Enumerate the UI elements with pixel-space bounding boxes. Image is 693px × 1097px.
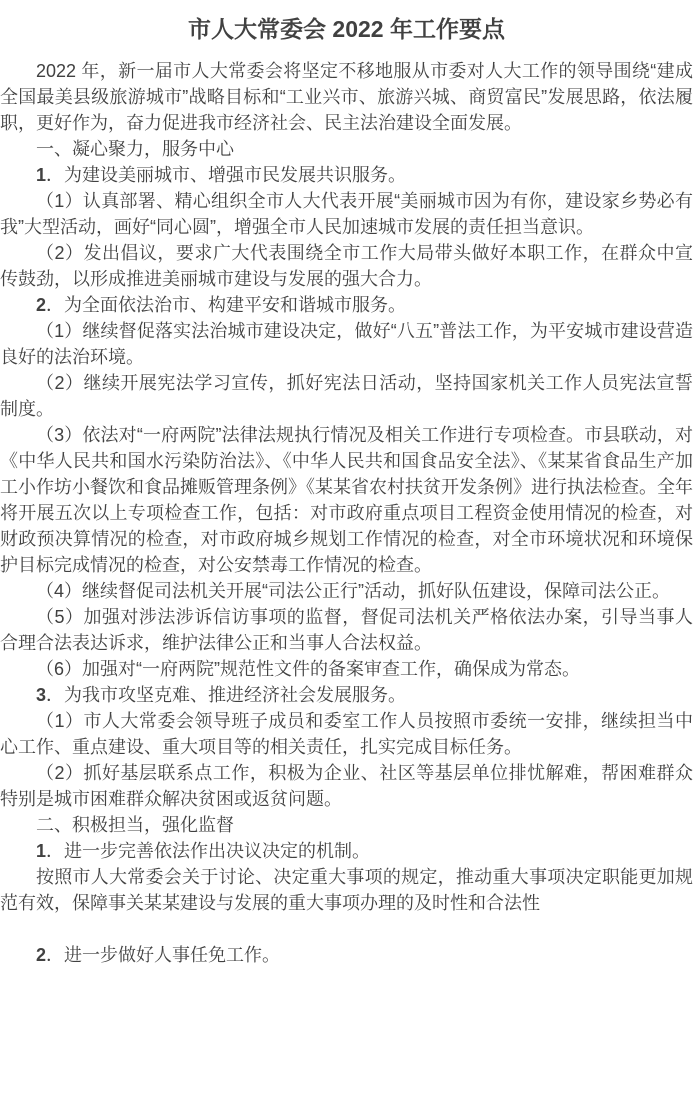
item-number: 2 (36, 945, 46, 965)
document-page: 市人大常委会 2022 年工作要点 2022 年，新一届市人大常委会将坚定不移地… (0, 0, 693, 1097)
sub-item: （2）抓好基层联系点工作，积极为企业、社区等基层单位排忧解难，帮困难群众特别是城… (0, 760, 693, 812)
sub-item: （1）市人大常委会领导班子成员和委室工作人员按照市委统一安排，继续担当中心工作、… (0, 708, 693, 760)
sub-item: （6）加强对“一府两院”规范性文件的备案审查工作，确保成为常态。 (0, 656, 693, 682)
numbered-item: 3．为我市攻坚克难、推进经济社会发展服务。 (0, 682, 693, 708)
item-text: ．为我市攻坚克难、推进经济社会发展服务。 (46, 685, 406, 705)
sub-item: （5）加强对涉法涉诉信访事项的监督，督促司法机关严格依法办案，引导当事人合理合法… (0, 604, 693, 656)
numbered-item: 1．为建设美丽城市、增强市民发展共识服务。 (0, 162, 693, 188)
item-number: 1 (36, 841, 46, 861)
item-text: ．进一步完善依法作出决议决定的机制。 (46, 841, 370, 861)
section-heading: 二、积极担当，强化监督 (0, 812, 693, 838)
sub-item: （3）依法对“一府两院”法律法规执行情况及相关工作进行专项检查。市县联动，对《中… (0, 422, 693, 578)
item-text: ．为建设美丽城市、增强市民发展共识服务。 (46, 165, 406, 185)
document-title: 市人大常委会 2022 年工作要点 (0, 14, 693, 44)
numbered-item: 1．进一步完善依法作出决议决定的机制。 (0, 838, 693, 864)
item-number: 1 (36, 165, 46, 185)
item-number: 2 (36, 295, 46, 315)
numbered-item: 2．为全面依法治市、构建平安和谐城市服务。 (0, 292, 693, 318)
sub-item: （1）继续督促落实法治城市建设决定，做好“八五”普法工作，为平安城市建设营造良好… (0, 318, 693, 370)
section-heading: 一、凝心聚力，服务中心 (0, 136, 693, 162)
item-number: 3 (36, 685, 46, 705)
body-paragraph: 按照市人大常委会关于讨论、决定重大事项的规定，推动重大事项决定职能更加规范有效，… (0, 864, 693, 916)
item-text: ．为全面依法治市、构建平安和谐城市服务。 (46, 295, 406, 315)
numbered-item: 2．进一步做好人事任免工作。 (0, 942, 693, 968)
intro-paragraph: 2022 年，新一届市人大常委会将坚定不移地服从市委对人大工作的领导围绕“建成全… (0, 58, 693, 136)
sub-item: （1）认真部署、精心组织全市人大代表开展“美丽城市因为有你，建设家乡势必有我”大… (0, 188, 693, 240)
item-text: ．进一步做好人事任免工作。 (46, 945, 280, 965)
sub-item: （4）继续督促司法机关开展“司法公正行”活动，抓好队伍建设，保障司法公正。 (0, 578, 693, 604)
sub-item: （2）发出倡议，要求广大代表围绕全市工作大局带头做好本职工作，在群众中宣传鼓劲，… (0, 240, 693, 292)
sub-item: （2）继续开展宪法学习宣传，抓好宪法日活动，坚持国家机关工作人员宪法宣誓制度。 (0, 370, 693, 422)
